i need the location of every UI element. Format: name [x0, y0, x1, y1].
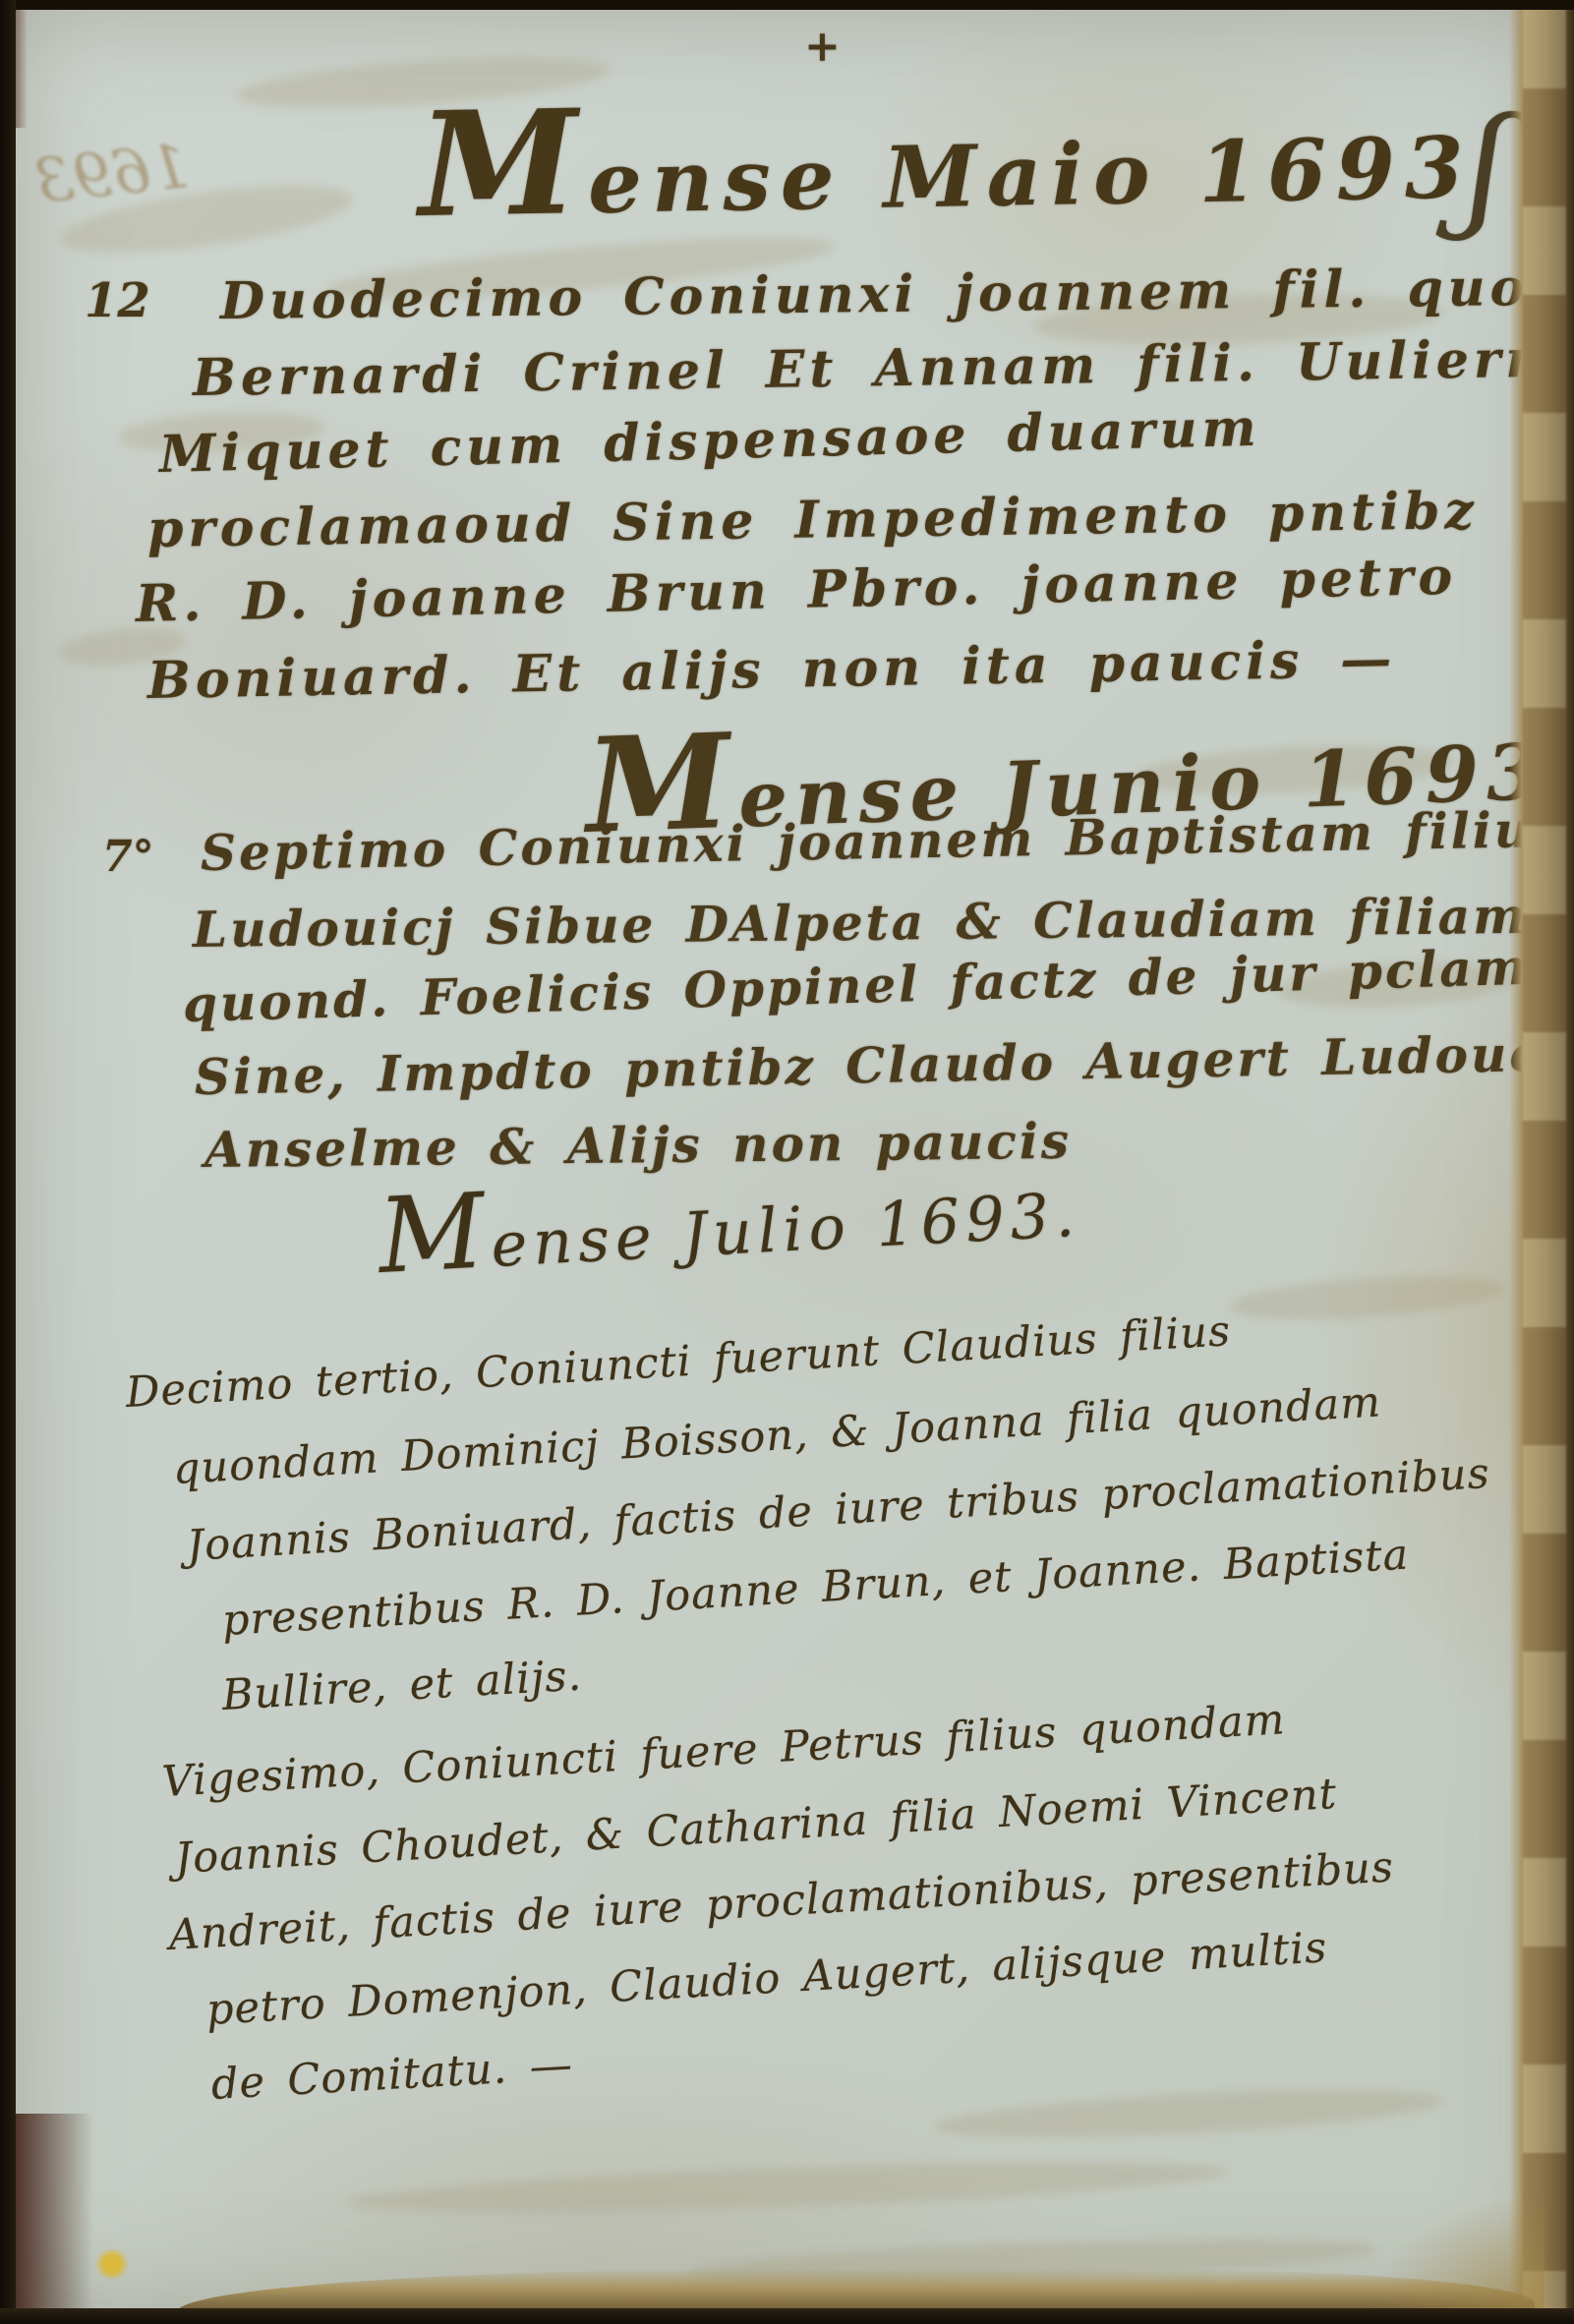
manuscript-page: 1693 + ʃ Mense Maio 1693 12 Duodecimo Co…: [0, 0, 1574, 2324]
entry-line: Septimo Coniunxi joannem Baptistam filiu…: [200, 799, 1574, 882]
margin-day-7: 7°: [102, 832, 154, 882]
entry-line: R. D. joanne Brun Pbro. joanne petro: [135, 547, 1457, 634]
binding-edge: [0, 0, 16, 2324]
entry-line: de Comitatu. —: [210, 2040, 574, 2109]
corner-stain: [1368, 2192, 1545, 2324]
entry-line: Boniuard. Et alijs non ita paucis —: [146, 629, 1396, 711]
cross-mark: +: [804, 22, 841, 72]
heading-mense-maio: Mense Maio 1693: [418, 80, 1475, 235]
entry-line: Miquet cum dispensaoe duarum: [158, 398, 1261, 485]
paper-stain: [94, 2249, 130, 2279]
entry-line: Sine, Impdto pntibz Claudo Augert Ludouc…: [194, 1023, 1574, 1106]
entry-line: Bernardi Crinel Et Annam fili. Uuliermj: [193, 328, 1574, 408]
margin-day-12: 12: [85, 273, 150, 328]
bleedthrough-mark: [1228, 1268, 1505, 1326]
heading-mense-julio: Mense Julio 1693.: [376, 1151, 1081, 1286]
stacked-pages-edge: [1523, 0, 1566, 2324]
scan-border-top: [0, 0, 1574, 10]
bottom-page-curl: [177, 2269, 1535, 2312]
bleedthrough-mark: [344, 2152, 1230, 2222]
bleedthrough-mark: [933, 2080, 1445, 2146]
scan-border-bottom: [0, 2308, 1574, 2324]
entry-line: proclamaoud Sine Impedimento pntibz: [147, 481, 1480, 559]
entry-line: Bullire, et alijs.: [221, 1652, 584, 1720]
